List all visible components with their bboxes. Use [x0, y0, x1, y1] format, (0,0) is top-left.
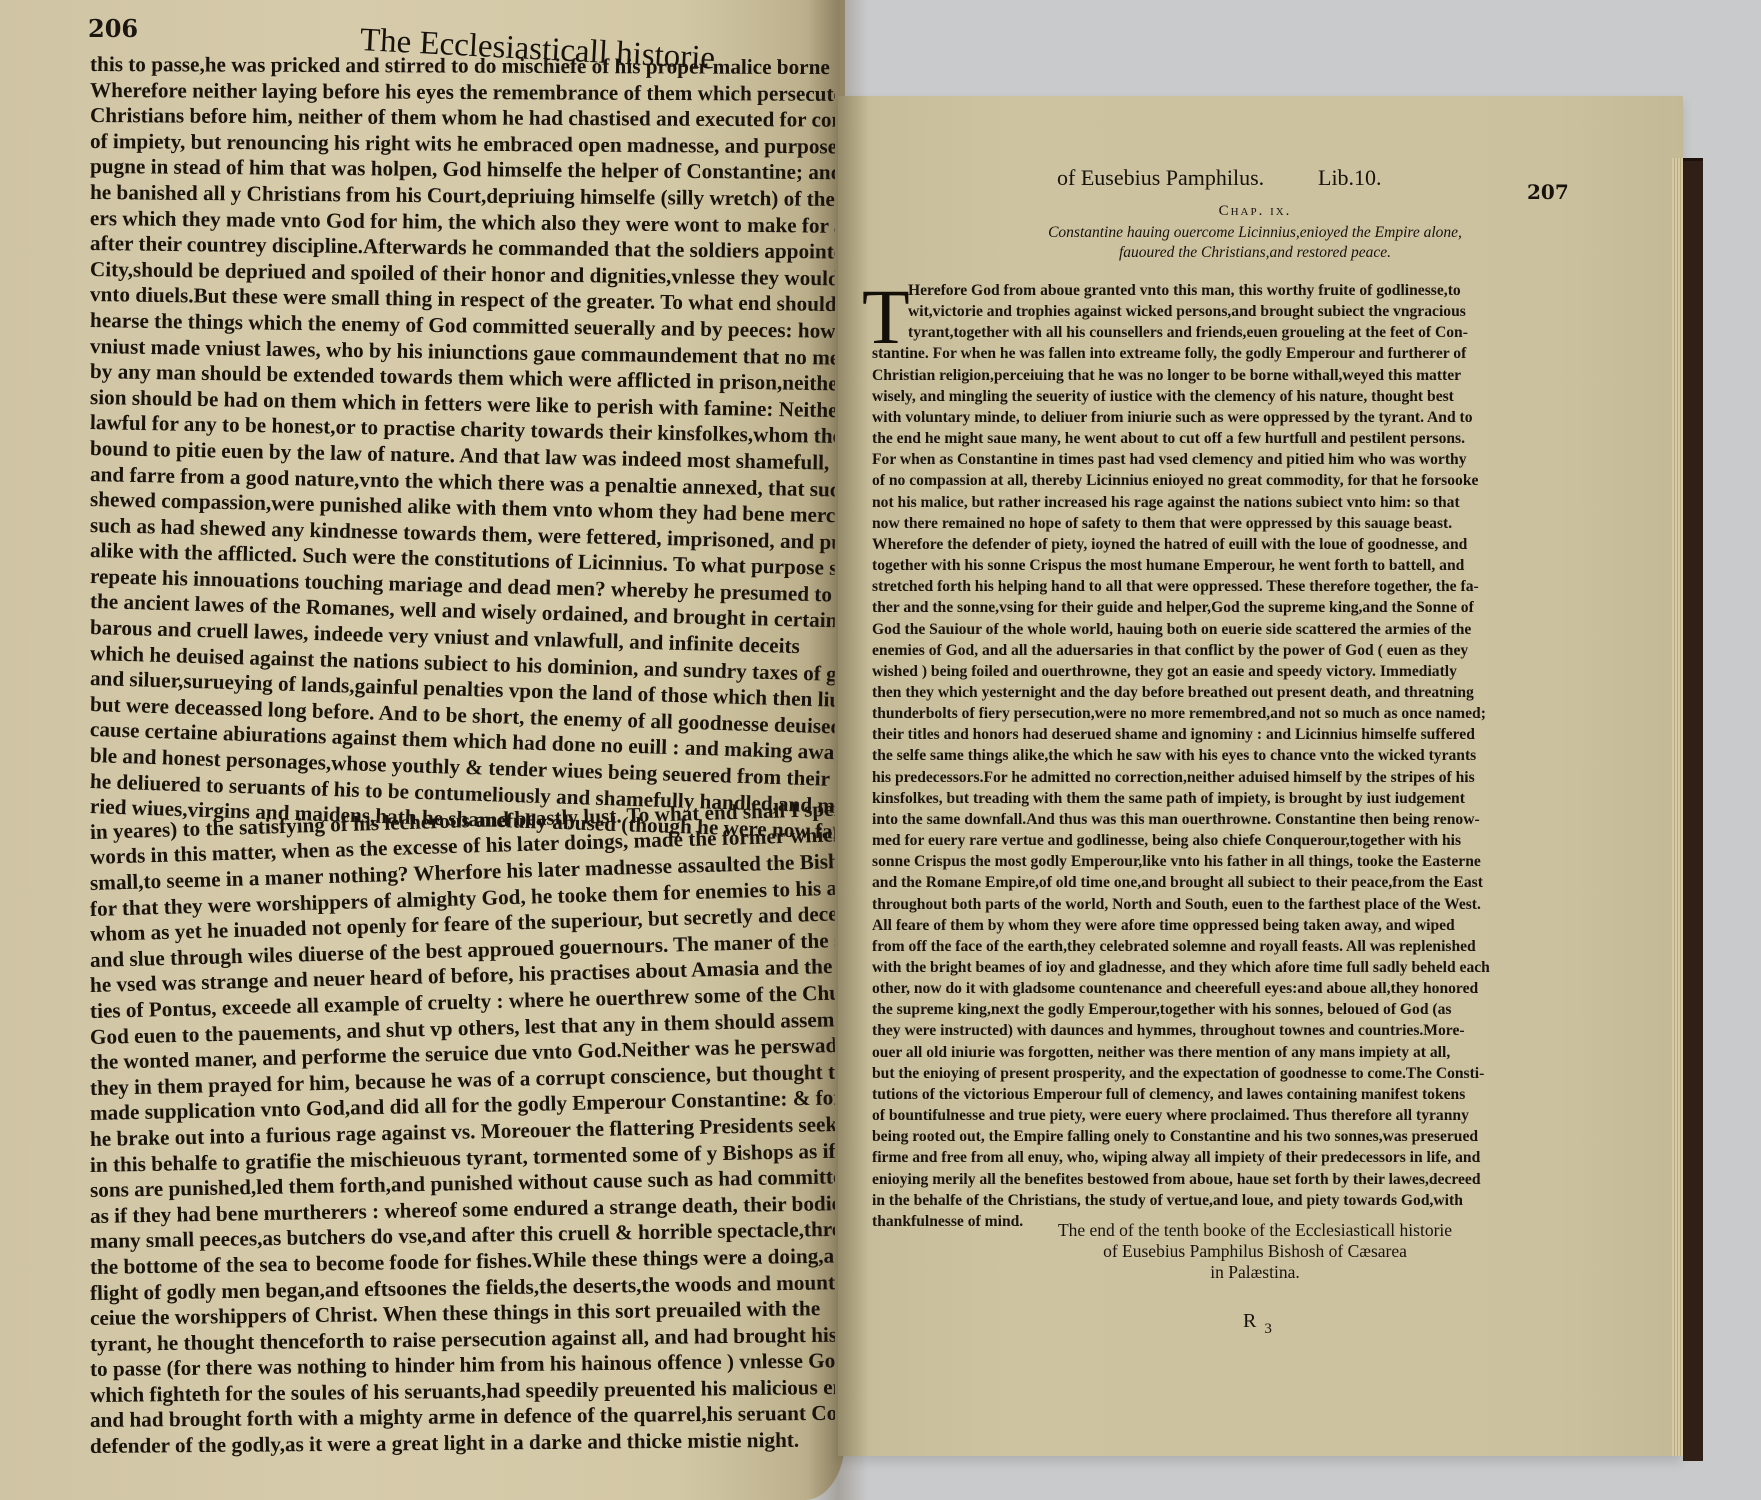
text-line: the selfe same things alike,the which he…: [872, 745, 1562, 766]
text-line: All feare of them by whom they were afor…: [872, 915, 1562, 936]
text-line: God the Sauiour of the whole world, haui…: [872, 619, 1562, 640]
text-line: then they which yesternight and the day …: [872, 682, 1562, 703]
text-line: but the enioying of present prosperity, …: [872, 1063, 1562, 1084]
signature-letter: R: [1243, 1310, 1256, 1332]
chapter-heading: Chap. ix.: [850, 203, 1660, 220]
text-line: with the bright beames of ioy and gladne…: [872, 957, 1562, 978]
chapter-summary: Constantine hauing ouercome Licinnius,en…: [850, 223, 1660, 263]
text-line: enemies of God, and all the aduersaries …: [872, 640, 1562, 661]
book-cover-edge: [1683, 158, 1703, 1461]
right-page-body-text: Herefore God from aboue granted vnto thi…: [872, 280, 1562, 1232]
text-line: ther and the sonne,vsing for their guide…: [872, 597, 1562, 618]
text-line: the supreme king,next the godly Emperour…: [872, 999, 1562, 1020]
text-line: tyrant,together with all his counsellers…: [872, 322, 1562, 343]
text-line: defender of the godly,as it were a great…: [90, 1428, 835, 1460]
left-page-number: 206: [88, 14, 138, 43]
text-line: not his malice, but rather increased his…: [872, 492, 1562, 513]
left-page-body-text: this to passe,he was pricked and stirred…: [90, 52, 835, 1460]
chapter-summary-line: fauoured the Christians,and restored pea…: [850, 243, 1660, 263]
text-line: thunderbolts of fiery persecution,were n…: [872, 703, 1562, 724]
text-line: of bountifulnesse and true piety, were e…: [872, 1105, 1562, 1126]
text-line: stretched forth his helping hand to all …: [872, 576, 1562, 597]
colophon-line: of Eusebius Pamphilus Bishosh of Cæsarea: [850, 1241, 1660, 1262]
text-line: ouer all old iniurie was forgotten, neit…: [872, 1042, 1562, 1063]
text-line: the end he might saue many, he went abou…: [872, 428, 1562, 449]
right-page-number: 207: [1527, 180, 1569, 204]
text-line: in the behalfe of the Christians, the st…: [872, 1190, 1562, 1211]
text-line: from off the face of the earth,they cele…: [872, 936, 1562, 957]
text-line: their titles and honors had deserued sha…: [872, 724, 1562, 745]
text-line: sonne Crispus the most godly Emperour,li…: [872, 851, 1562, 872]
text-line: and the Romane Empire,of old time one,an…: [872, 872, 1562, 893]
open-book: 206 The Ecclesiasticall historie this to…: [0, 0, 1761, 1500]
text-line: of no compassion at all, thereby Licinni…: [872, 470, 1562, 491]
text-line: kinsfolkes, but treading with them the s…: [872, 788, 1562, 809]
text-line: they were instructed) with daunces and h…: [872, 1020, 1562, 1041]
text-line: stantine. For when he was fallen into ex…: [872, 343, 1562, 364]
text-line: now there remained no hope of safety to …: [872, 513, 1562, 534]
text-line: Herefore God from aboue granted vnto thi…: [872, 280, 1562, 301]
text-line: his predecessors.For he admitted no corr…: [872, 767, 1562, 788]
signature-mark: R3: [1243, 1310, 1272, 1333]
colophon-line: The end of the tenth booke of the Eccles…: [850, 1220, 1660, 1241]
colophon-line: in Palæstina.: [850, 1262, 1660, 1283]
text-line: med for euery rare vertue and godlinesse…: [872, 830, 1562, 851]
text-line: tutions of the victorious Emperour full …: [872, 1084, 1562, 1105]
text-line: with voluntary minde, to deliuer from in…: [872, 407, 1562, 428]
text-line: being rooted out, the Empire falling one…: [872, 1126, 1562, 1147]
text-line: For when as Constantine in times past ha…: [872, 449, 1562, 470]
text-line: Christian religion,perceiuing that he wa…: [872, 365, 1562, 386]
text-line: Wherefore neither laying before his eyes…: [90, 78, 835, 107]
chapter-summary-line: Constantine hauing ouercome Licinnius,en…: [850, 223, 1660, 243]
text-line: together with his sonne Crispus the most…: [872, 555, 1562, 576]
right-running-head: of Eusebius Pamphilus.: [1057, 165, 1264, 191]
text-line: other, now do it with gladsome countenan…: [872, 978, 1562, 999]
text-line: wished ) being foiled and ouerthrowne, t…: [872, 661, 1562, 682]
text-line: throughout both parts of the world, Nort…: [872, 894, 1562, 915]
text-line: enioying merily all the benefites bestow…: [872, 1169, 1562, 1190]
text-line: into the same downfall.And thus was this…: [872, 809, 1562, 830]
book-label: Lib.10.: [1318, 165, 1382, 191]
text-line: wisely, and mingling the seuerity of ius…: [872, 386, 1562, 407]
text-line: Wherefore the defender of piety, ioyned …: [872, 534, 1562, 555]
text-line: wit,victorie and trophies against wicked…: [872, 301, 1562, 322]
signature-number: 3: [1264, 1321, 1272, 1337]
colophon: The end of the tenth booke of the Eccles…: [850, 1220, 1660, 1283]
text-line: this to passe,he was pricked and stirred…: [90, 52, 835, 81]
text-line: firme and free from all enuy, who, wipin…: [872, 1147, 1562, 1168]
